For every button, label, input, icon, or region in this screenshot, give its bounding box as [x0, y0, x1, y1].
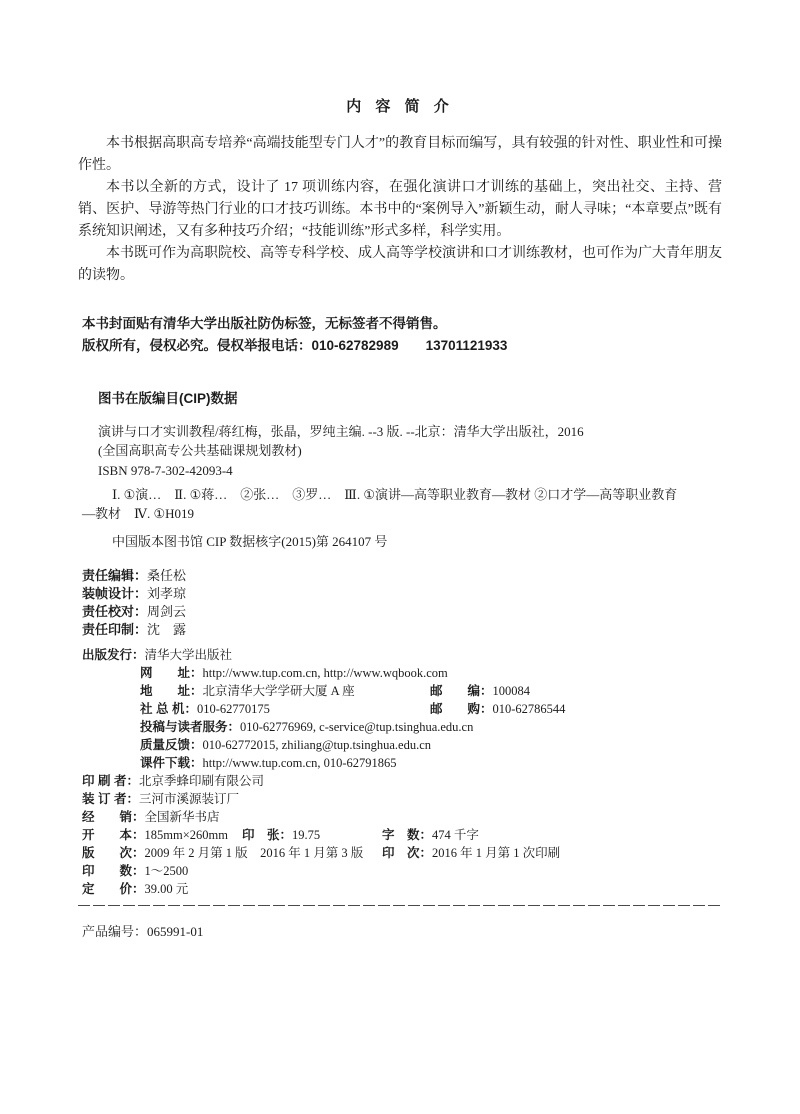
postcode-value: 100084	[493, 684, 531, 698]
intro-paragraph-1: 本书根据高职高专培养“高端技能型专门人才”的教育目标而编写，具有较强的针对性、职…	[78, 133, 722, 177]
cip-block: 图书在版编目(CIP)数据 演讲与口才实训教程/蒋红梅，张晶，罗纯主编. --3…	[82, 389, 718, 551]
printer-value: 北京季蜂印刷有限公司	[139, 774, 264, 788]
format-label: 开 本：	[82, 828, 145, 842]
website-value: http://www.tup.com.cn, http://www.wqbook…	[203, 666, 448, 680]
product-number-value: 065991-01	[147, 924, 203, 939]
switchboard-row: 社 总 机：010-62770175 邮 购：010-62786544	[82, 700, 800, 718]
sheets-value: 19.75	[292, 828, 320, 842]
impression-cell: 印 次：2016 年 1 月第 1 次印刷	[382, 844, 560, 862]
staff-value: 沈 露	[147, 622, 186, 637]
staff-row-proofreader: 责任校对：周剑云	[82, 603, 800, 621]
impression-value: 2016 年 1 月第 1 次印刷	[432, 846, 560, 860]
print-run-label: 印 数：	[82, 864, 145, 878]
courseware-row: 课件下载：http://www.tup.com.cn, 010-62791865	[82, 754, 800, 772]
price-label: 定 价：	[82, 882, 145, 896]
binder-row: 装 订 者：三河市溪源装订厂	[82, 790, 800, 808]
intro-paragraph-2: 本书以全新的方式，设计了 17 项训练内容，在强化演讲口才训练的基础上，突出社交…	[78, 177, 722, 243]
binder-label: 装 订 者：	[82, 792, 139, 806]
distributor-value: 全国新华书店	[145, 810, 220, 824]
wordcount-cell: 字 数：474 千字	[382, 826, 479, 844]
distributor-label: 经 销：	[82, 810, 145, 824]
format-value: 185mm×260mm	[145, 828, 228, 842]
product-number-row: 产品编号：065991-01	[82, 923, 800, 941]
sheets-cell: 印 张：19.75	[242, 826, 320, 844]
edition-value: 2009 年 2 月第 1 版 2016 年 1 月第 3 版	[145, 846, 364, 860]
publisher-label: 出版发行：	[82, 648, 145, 662]
sheets-label: 印 张：	[242, 828, 292, 842]
switchboard-value: 010-62770175	[197, 702, 270, 716]
cip-classification-line2: —教材 Ⅳ. ①H019	[82, 504, 718, 523]
section-title: 内 容 简 介	[0, 0, 800, 117]
staff-label: 责任校对：	[82, 604, 147, 619]
intro-paragraph-3: 本书既可作为高职院校、高等专科学校、成人高等学校演讲和口才训练教材，也可作为广大…	[78, 243, 722, 287]
staff-label: 责任印制：	[82, 622, 147, 637]
address-label: 地 址：	[140, 684, 203, 698]
postcode-label: 邮 编：	[430, 684, 493, 698]
quality-feedback-label: 质量反馈：	[140, 738, 203, 752]
publisher-row: 出版发行：清华大学出版社	[82, 646, 800, 664]
distributor-row: 经 销：全国新华书店	[82, 808, 800, 826]
publisher-name: 清华大学出版社	[145, 648, 233, 662]
impression-label: 印 次：	[382, 846, 432, 860]
dashed-separator	[78, 904, 722, 907]
print-run-row: 印 数：1～2500	[82, 862, 800, 880]
rights-reserved-line: 版权所有，侵权必究。侵权举报电话：010-62782989 1370112193…	[82, 335, 718, 357]
postcode-cell: 邮 编：100084	[430, 682, 530, 700]
mailorder-label: 邮 购：	[430, 702, 493, 716]
reader-service-value: 010-62776969, c-service@tup.tsinghua.edu…	[240, 720, 473, 734]
switchboard-label: 社 总 机：	[140, 702, 197, 716]
address-value: 北京清华大学学研大厦 A 座	[203, 684, 355, 698]
anti-piracy-line: 本书封面贴有清华大学出版社防伪标签，无标签者不得销售。	[82, 313, 718, 335]
printer-row: 印 刷 者：北京季蜂印刷有限公司	[82, 772, 800, 790]
cip-series: (全国高职高专公共基础课规划教材)	[98, 441, 718, 460]
courseware-label: 课件下载：	[140, 756, 203, 770]
cip-entry: 演讲与口才实训教程/蒋红梅，张晶，罗纯主编. --3 版. --北京：清华大学出…	[98, 422, 718, 441]
intro-block: 本书根据高职高专培养“高端技能型专门人才”的教育目标而编写，具有较强的针对性、职…	[78, 133, 722, 287]
website-label: 网 址：	[140, 666, 203, 680]
reader-service-label: 投稿与读者服务：	[140, 720, 240, 734]
cip-heading: 图书在版编目(CIP)数据	[98, 389, 718, 408]
staff-value: 刘孝琼	[147, 586, 186, 601]
staff-value: 周剑云	[147, 604, 186, 619]
staff-label: 装帧设计：	[82, 586, 147, 601]
staff-row-print-supervisor: 责任印制：沈 露	[82, 621, 800, 639]
cip-record-number: 中国版本图书馆 CIP 数据核字(2015)第 264107 号	[112, 532, 718, 551]
website-row: 网 址：http://www.tup.com.cn, http://www.wq…	[82, 664, 800, 682]
wordcount-value: 474 千字	[432, 828, 479, 842]
edition-row: 版 次：2009 年 2 月第 1 版 2016 年 1 月第 3 版 印 次：…	[82, 844, 800, 862]
price-row: 定 价：39.00 元	[82, 880, 800, 898]
courseware-value: http://www.tup.com.cn, 010-62791865	[203, 756, 397, 770]
quality-feedback-value: 010-62772015, zhiliang@tup.tsinghua.edu.…	[203, 738, 432, 752]
address-row: 地 址：北京清华大学学研大厦 A 座 邮 编：100084	[82, 682, 800, 700]
wordcount-label: 字 数：	[382, 828, 432, 842]
staff-row-editor: 责任编辑：桑任松	[82, 567, 800, 585]
print-run-value: 1～2500	[145, 864, 189, 878]
publishing-info: 出版发行：清华大学出版社 网 址：http://www.tup.com.cn, …	[82, 646, 800, 898]
copyright-notice: 本书封面贴有清华大学出版社防伪标签，无标签者不得销售。 版权所有，侵权必究。侵权…	[82, 313, 718, 357]
reader-service-row: 投稿与读者服务：010-62776969, c-service@tup.tsin…	[82, 718, 800, 736]
printer-label: 印 刷 者：	[82, 774, 139, 788]
staff-row-designer: 装帧设计：刘孝琼	[82, 585, 800, 603]
mailorder-value: 010-62786544	[493, 702, 566, 716]
format-row: 开 本：185mm×260mm 印 张：19.75 字 数：474 千字	[82, 826, 800, 844]
mailorder-cell: 邮 购：010-62786544	[430, 700, 565, 718]
edition-label: 版 次：	[82, 846, 145, 860]
cip-classification-line1: Ⅰ. ①演… Ⅱ. ①蒋… ②张… ③罗… Ⅲ. ①演讲—高等职业教育—教材 ②…	[112, 485, 718, 504]
price-value: 39.00 元	[145, 882, 189, 896]
staff-label: 责任编辑：	[82, 568, 147, 583]
quality-feedback-row: 质量反馈：010-62772015, zhiliang@tup.tsinghua…	[82, 736, 800, 754]
staff-value: 桑任松	[147, 568, 186, 583]
product-number-label: 产品编号：	[82, 924, 147, 939]
copyright-page: 内 容 简 介 本书根据高职高专培养“高端技能型专门人才”的教育目标而编写，具有…	[0, 0, 800, 1114]
cip-isbn: ISBN 978-7-302-42093-4	[98, 461, 718, 480]
binder-value: 三河市溪源装订厂	[139, 792, 239, 806]
staff-credits: 责任编辑：桑任松 装帧设计：刘孝琼 责任校对：周剑云 责任印制：沈 露	[82, 567, 800, 639]
